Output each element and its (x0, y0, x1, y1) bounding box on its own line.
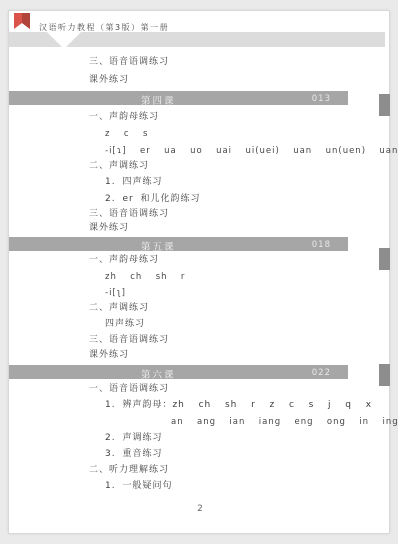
toc-item: 1. 一般疑问句 (105, 481, 172, 491)
toc-item-pinyin: -i[ɿ] er ua uo uai ui(uei) uan un(uen) u… (105, 146, 398, 156)
toc-item: 三、语音语调练习 (89, 57, 169, 67)
lesson-bar: 第四课 013 (9, 91, 348, 105)
screen-background: { "header": { "book_title": "汉语听力教程（第3版）… (0, 0, 398, 544)
toc-item: 一、语音语调练习 (89, 384, 169, 394)
toc-item-pinyin: zh ch sh r (105, 272, 185, 282)
toc-item: 课外练习 (89, 350, 129, 360)
toc-item: 3. 重音练习 (105, 449, 162, 459)
toc-item: 一、声韵母练习 (89, 112, 159, 122)
lesson-page-number: 013 (312, 94, 331, 104)
toc-item: 三、语音语调练习 (89, 335, 169, 345)
page-number: 2 (9, 504, 391, 514)
toc-item: 1. 辨声韵母：zh ch sh r z c s j q x (105, 400, 372, 410)
toc-item: 一、声韵母练习 (89, 255, 159, 265)
toc-item: 二、声调练习 (89, 161, 149, 171)
toc-item: 三、语音语调练习 (89, 209, 169, 219)
document-page: 汉语听力教程（第3版）第一册 三、语音语调练习 课外练习 第四课 013 一、声… (8, 10, 390, 534)
header-ribbon (9, 32, 385, 47)
toc-item-pinyin: -i[ʅ] (105, 288, 126, 298)
toc-item: 二、声调练习 (89, 303, 149, 313)
toc-item: 四声练习 (105, 319, 145, 329)
toc-item-pinyin: z c s (105, 129, 148, 139)
toc-item: 2. 声调练习 (105, 433, 162, 443)
toc-item-pinyin: an ang ian iang eng ong in ing (171, 417, 398, 427)
page-edge-tab (379, 94, 390, 116)
lesson-bar: 第六课 022 (9, 365, 348, 379)
lesson-title: 第五课 (141, 239, 176, 253)
page-edge-tab (379, 364, 390, 386)
toc-item: 2. er 和儿化韵练习 (105, 194, 201, 204)
ribbon-notch-icon (47, 32, 81, 49)
red-bookmark-icon (14, 13, 30, 30)
page-edge-tab (379, 248, 390, 270)
lesson-bar: 第五课 018 (9, 237, 348, 251)
lesson-page-number: 018 (312, 240, 331, 250)
lesson-title: 第四课 (141, 93, 176, 107)
toc-item: 课外练习 (89, 75, 129, 85)
toc-item: 二、听力理解练习 (89, 465, 169, 475)
toc-item: 课外练习 (89, 223, 129, 233)
lesson-title: 第六课 (141, 367, 176, 381)
toc-item: 1. 四声练习 (105, 177, 162, 187)
lesson-page-number: 022 (312, 368, 331, 378)
